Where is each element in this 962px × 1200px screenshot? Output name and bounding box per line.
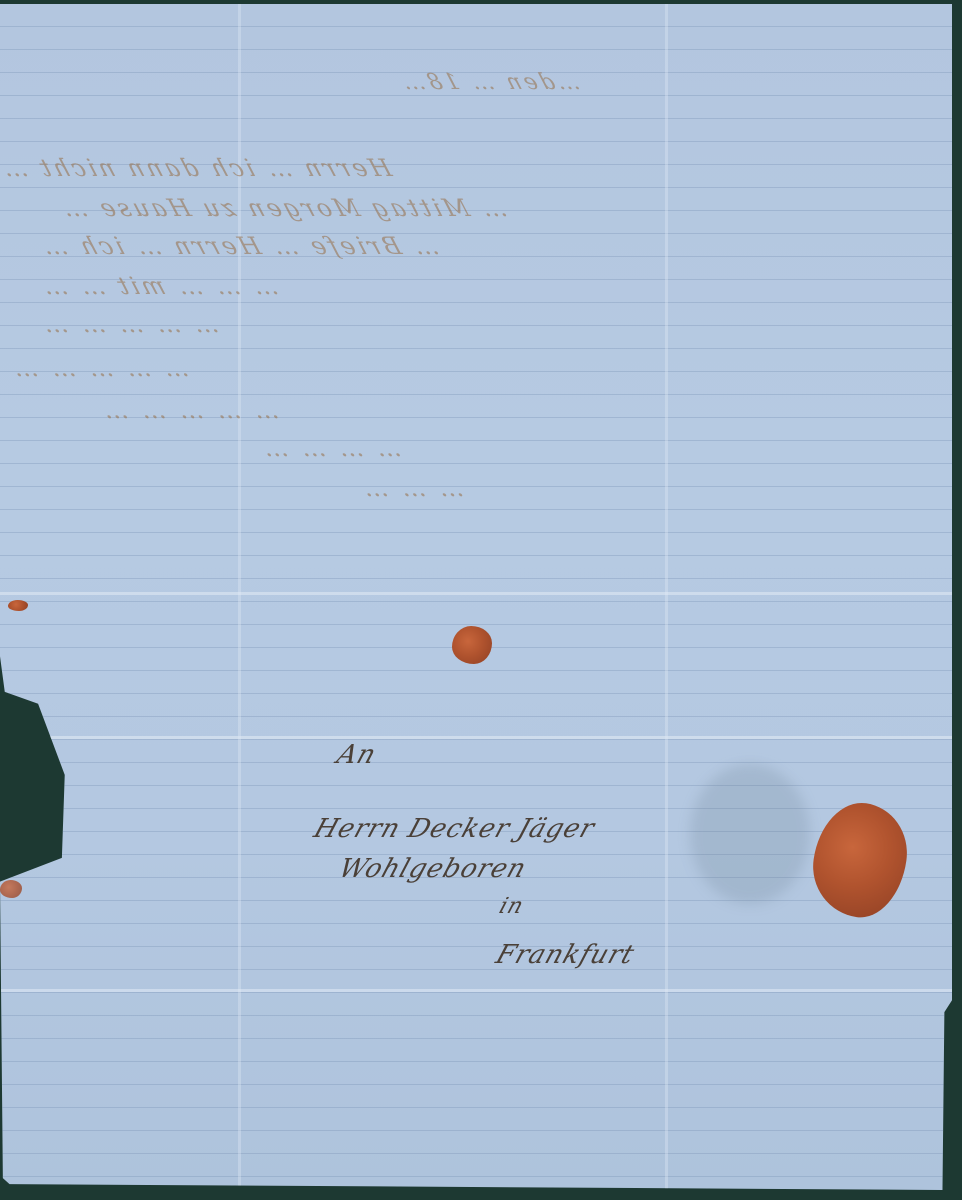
bleed-line: … … … … … (5, 354, 192, 382)
fold-crease-horizontal (0, 736, 952, 739)
bleed-line: … … … … (255, 434, 404, 462)
bleed-line: … Mittag Morgen zu Hause … (55, 194, 510, 222)
wax-seal-fragment (8, 600, 28, 611)
bleed-line: … Briefe … Herrn … ich … (35, 232, 442, 260)
bleed-line: … … … mit … … (35, 272, 281, 300)
wax-seal-small (452, 626, 492, 664)
address-line-honorific: Wohlgeboren (335, 854, 530, 884)
fold-crease-horizontal (0, 989, 952, 992)
bleed-line: Herrn … ich dann nicht … (0, 154, 395, 182)
fold-crease-vertical (238, 4, 241, 1194)
fold-crease-horizontal (0, 592, 952, 595)
address-line-recipient: Herrn Decker Jäger (310, 814, 599, 844)
paper-stain (690, 764, 810, 904)
bleed-date-line: …den … 18… (396, 70, 583, 95)
address-line-city: Frankfurt (492, 940, 638, 970)
letter-sheet: …den … 18… Herrn … ich dann nicht … … Mi… (0, 4, 952, 1190)
bleed-line: … … … (355, 474, 466, 502)
bleed-line: … … … … … (95, 396, 282, 424)
bleed-line: … … … … … (35, 310, 222, 338)
wax-seal-fragment (0, 880, 22, 898)
fold-crease-vertical (665, 4, 668, 1194)
